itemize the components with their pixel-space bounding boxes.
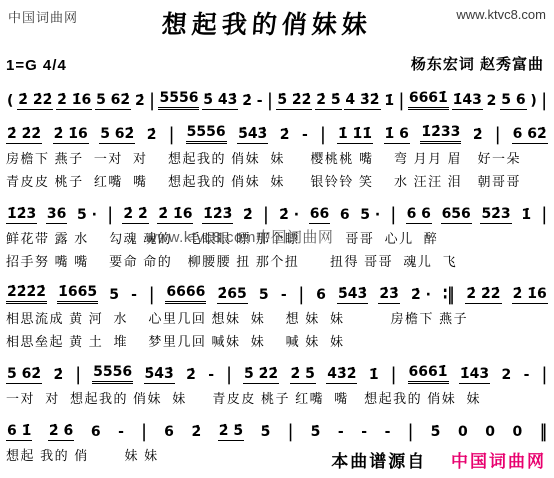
- note-group: 1̇ 6: [384, 127, 410, 144]
- note-group: 1̇665: [57, 285, 98, 304]
- note-group: 2̇: [185, 368, 197, 384]
- notation-line: (2̇ 2̇2̇2̇ 1̇65 62̇2̇|55565̇ 4̇3̇2̇-|5̇ …: [6, 89, 548, 110]
- note-group: 5: [108, 288, 120, 304]
- sheet-music-page: 中国词曲网 想起我的俏妹妹 www.ktvc8.com 1=G 4/4 杨东宏词…: [0, 0, 554, 478]
- note-group: 2̇65: [217, 287, 248, 304]
- note-group: 6661̇: [408, 91, 449, 110]
- note-group: 5̇4̇3̇: [337, 287, 368, 304]
- note-group: -: [523, 368, 531, 384]
- note-group: 0: [512, 425, 524, 441]
- note-group: 6 1̇: [6, 424, 32, 441]
- barline: |: [541, 92, 548, 112]
- lyric-line: 房檐下 燕子 一对 对 想起我的 俏妹 妹 樱桃桃 嘴 弯 月月 眉 好一朵: [6, 150, 548, 167]
- note-group: 1̇2̇3: [6, 207, 37, 224]
- note-group: -: [117, 425, 125, 441]
- score-system-4: 2̇2̇2̇2̇1̇6655-|66662̇655-|65̇4̇3̇2̇3̇2̇…: [6, 283, 548, 350]
- notation-line: 6 1̇2̇ 6̇6-|62̇2̇ 5̇5̇|5̇---|5̇000‖: [6, 420, 548, 441]
- note-group: 2̇: [279, 128, 291, 144]
- note-group: 6: [339, 208, 351, 224]
- note-group: 1̇ 1̇1̇: [337, 127, 373, 144]
- note-group: -: [337, 425, 345, 441]
- note-group: 5̇: [430, 425, 442, 441]
- barline: |: [494, 126, 501, 146]
- site-url-watermark: www.ktvc8.com: [456, 5, 546, 22]
- note-group: 2̇ 1̇6: [53, 127, 89, 144]
- notation-line: 2̇ 2̇2̇2̇ 1̇65 62̇2̇|55565̇4̇3̇2̇-|1̇ 1̇…: [6, 123, 548, 144]
- barline: |: [149, 92, 156, 112]
- note-group: 6 62̇: [512, 127, 548, 144]
- note-group: 2̇ 2̇2̇: [17, 93, 53, 110]
- note-group: -: [360, 425, 368, 441]
- note-group: 52̇3: [480, 207, 511, 224]
- note-group: 5556: [92, 365, 133, 384]
- note-group: 5̇4̇3̇: [144, 367, 175, 384]
- center-watermark: www.ktvc8.com中国词曲网: [146, 226, 333, 247]
- barline: |: [287, 423, 294, 443]
- note-group: 2̇ 5̇: [315, 93, 341, 110]
- note-group: 4̇3̇2̇: [326, 367, 357, 384]
- note-group: -: [207, 368, 215, 384]
- note-group: -: [384, 425, 392, 441]
- note-group: -: [130, 288, 138, 304]
- note-group: 1̇2̇3̇: [202, 207, 233, 224]
- note-group: 6: [163, 425, 175, 441]
- note-group: -: [256, 94, 264, 110]
- page-title: 想起我的俏妹妹: [161, 5, 374, 41]
- note-group: 1̇: [520, 208, 532, 224]
- note-group: 1̇: [368, 368, 380, 384]
- barline: |: [148, 286, 155, 306]
- note-group: 2̇ 1̇6: [56, 93, 92, 110]
- barline: |: [168, 126, 175, 146]
- note-group: 2̇ 2̇: [122, 207, 148, 224]
- lyric-line: 一对 对 想起我的 俏妹 妹 青皮皮 桃子 红嘴 嘴 想起我的 俏妹 妹: [6, 390, 548, 407]
- note-group: 2̇ 5̇: [290, 367, 316, 384]
- source-credit: 本曲谱源自 中国词曲网: [331, 447, 546, 472]
- note-group: 5̇ 2̇2̇: [243, 367, 279, 384]
- note-group: 5̇ 2̇2̇: [276, 93, 312, 110]
- note-group: (: [6, 94, 14, 110]
- note-group: 1̇43: [459, 367, 490, 384]
- note-group: 2: [501, 368, 513, 384]
- note-group: 5556: [186, 125, 227, 144]
- note-group: 2̇ 1̇6: [157, 207, 193, 224]
- score-system-5: 5 62̇2̇|55565̇4̇3̇2̇-|5̇ 2̇2̇2̇ 5̇4̇3̇2̇…: [6, 363, 548, 407]
- note-group: 2̇: [242, 208, 254, 224]
- barline: |: [225, 366, 232, 386]
- lyric-line: 相思流成 黄 河 水 心里几回 想妹 妹 想 妹 妹 房檐下 燕子: [6, 310, 548, 327]
- note-group: 1̇: [383, 94, 395, 110]
- notation-line: 2̇2̇2̇2̇1̇6655-|66662̇655-|65̇4̇3̇2̇3̇2̇…: [6, 283, 548, 304]
- note-group: 2̇: [146, 128, 158, 144]
- note-group: -: [280, 288, 288, 304]
- barline: |: [298, 286, 305, 306]
- barline: |: [390, 366, 397, 386]
- note-group: 5556: [158, 91, 199, 110]
- note-group: 5̇: [310, 425, 322, 441]
- note-group: 5 62̇: [95, 93, 131, 110]
- note-group: 2̇ 5̇: [218, 424, 244, 441]
- score-system-2: 2̇ 2̇2̇2̇ 1̇65 62̇2̇|55565̇4̇3̇2̇-|1̇ 1̇…: [6, 123, 548, 190]
- note-group: 2̇ 2̇2̇: [465, 287, 501, 304]
- note-group: 6 6: [406, 207, 432, 224]
- key-signature: 1=G 4/4: [6, 57, 67, 74]
- note-group: 0: [484, 425, 496, 441]
- note-group: 36: [46, 207, 67, 224]
- note-group: 4̇ 3̇2̇: [344, 93, 380, 110]
- notation-line: 1̇2̇3365 ·|2̇ 2̇2̇ 1̇61̇2̇3̇2̇|2̇ ·6665 …: [6, 203, 548, 224]
- score-system-1: (2̇ 2̇2̇2̇ 1̇65 62̇2̇|55565̇ 4̇3̇2̇-|5̇ …: [6, 89, 548, 110]
- source-note: 本曲谱源自: [331, 452, 426, 471]
- meta-row: 1=G 4/4 杨东宏词 赵秀富曲: [0, 41, 554, 74]
- note-group: 66: [309, 207, 330, 224]
- note-group: 2̇: [241, 94, 253, 110]
- note-group: 6: [315, 288, 327, 304]
- note-group: 5 6: [500, 93, 526, 110]
- note-group: 2̇ 2̇2̇: [6, 127, 42, 144]
- note-group: 5̇ 4̇3̇: [202, 93, 238, 110]
- note-group: 1̇43: [452, 93, 483, 110]
- note-group: ): [529, 94, 537, 110]
- barline: ∶‖: [442, 286, 455, 306]
- barline: |: [390, 206, 397, 226]
- header: 中国词曲网 想起我的俏妹妹 www.ktvc8.com: [0, 0, 554, 41]
- barline: |: [262, 206, 269, 226]
- note-group: 5 ·: [359, 208, 381, 224]
- note-group: 1̇2̇33: [420, 125, 461, 144]
- note-group: -: [301, 128, 309, 144]
- barline: |: [266, 92, 273, 112]
- barline: |: [541, 366, 548, 386]
- author-credits: 杨东宏词 赵秀富曲: [411, 53, 544, 74]
- note-group: 656: [441, 207, 472, 224]
- site-watermark-left: 中国词曲网: [8, 5, 78, 26]
- note-group: 2̇ 1̇6: [512, 287, 548, 304]
- note-group: 0: [457, 425, 469, 441]
- note-group: 2̇ 6̇: [48, 424, 74, 441]
- note-group: 2̇3̇: [378, 287, 399, 304]
- note-group: 5 62̇: [6, 367, 42, 384]
- barline: |: [398, 92, 405, 112]
- note-group: 6661̇: [408, 365, 449, 384]
- lyric-line: 招手努 嘴 嘴 要命 命的 柳腰腰 扭 那个扭 扭得 哥哥 魂儿 飞: [6, 253, 548, 270]
- barline: |: [140, 423, 147, 443]
- note-group: 6666: [165, 285, 206, 304]
- note-group: 5 62̇: [99, 127, 135, 144]
- note-group: 2: [486, 94, 498, 110]
- barline: |: [107, 206, 114, 226]
- barline: |: [541, 206, 548, 226]
- note-group: 5 ·: [76, 208, 98, 224]
- notation-line: 5 62̇2̇|55565̇4̇3̇2̇-|5̇ 2̇2̇2̇ 5̇4̇3̇2̇…: [6, 363, 548, 384]
- note-group: 2̇: [472, 128, 484, 144]
- note-group: 5: [258, 288, 270, 304]
- barline: |: [407, 423, 414, 443]
- note-group: 2̇: [134, 94, 146, 110]
- lyric-line: 青皮皮 桃子 红嘴 嘴 想起我的 俏妹 妹 银铃铃 笑 水 汪汪 泪 朝哥哥: [6, 173, 548, 190]
- note-group: 2̇: [190, 425, 202, 441]
- note-group: 2̇ ·: [278, 208, 300, 224]
- score: (2̇ 2̇2̇2̇ 1̇65 62̇2̇|55565̇ 4̇3̇2̇-|5̇ …: [0, 74, 554, 464]
- note-group: 5̇4̇3̇: [237, 127, 268, 144]
- note-group: 2̇2̇2̇2̇: [6, 285, 47, 304]
- barline: ‖: [539, 423, 548, 443]
- note-group: 6: [90, 425, 102, 441]
- barline: |: [319, 126, 326, 146]
- note-group: 2̇ ·: [410, 288, 432, 304]
- note-group: 5̇: [260, 425, 272, 441]
- barline: |: [75, 366, 82, 386]
- note-group: 2̇: [53, 368, 65, 384]
- source-site-name: 中国词曲网: [451, 452, 546, 471]
- lyric-line: 相思垒起 黄 土 堆 梦里几回 喊妹 妹 喊 妹 妹: [6, 333, 548, 350]
